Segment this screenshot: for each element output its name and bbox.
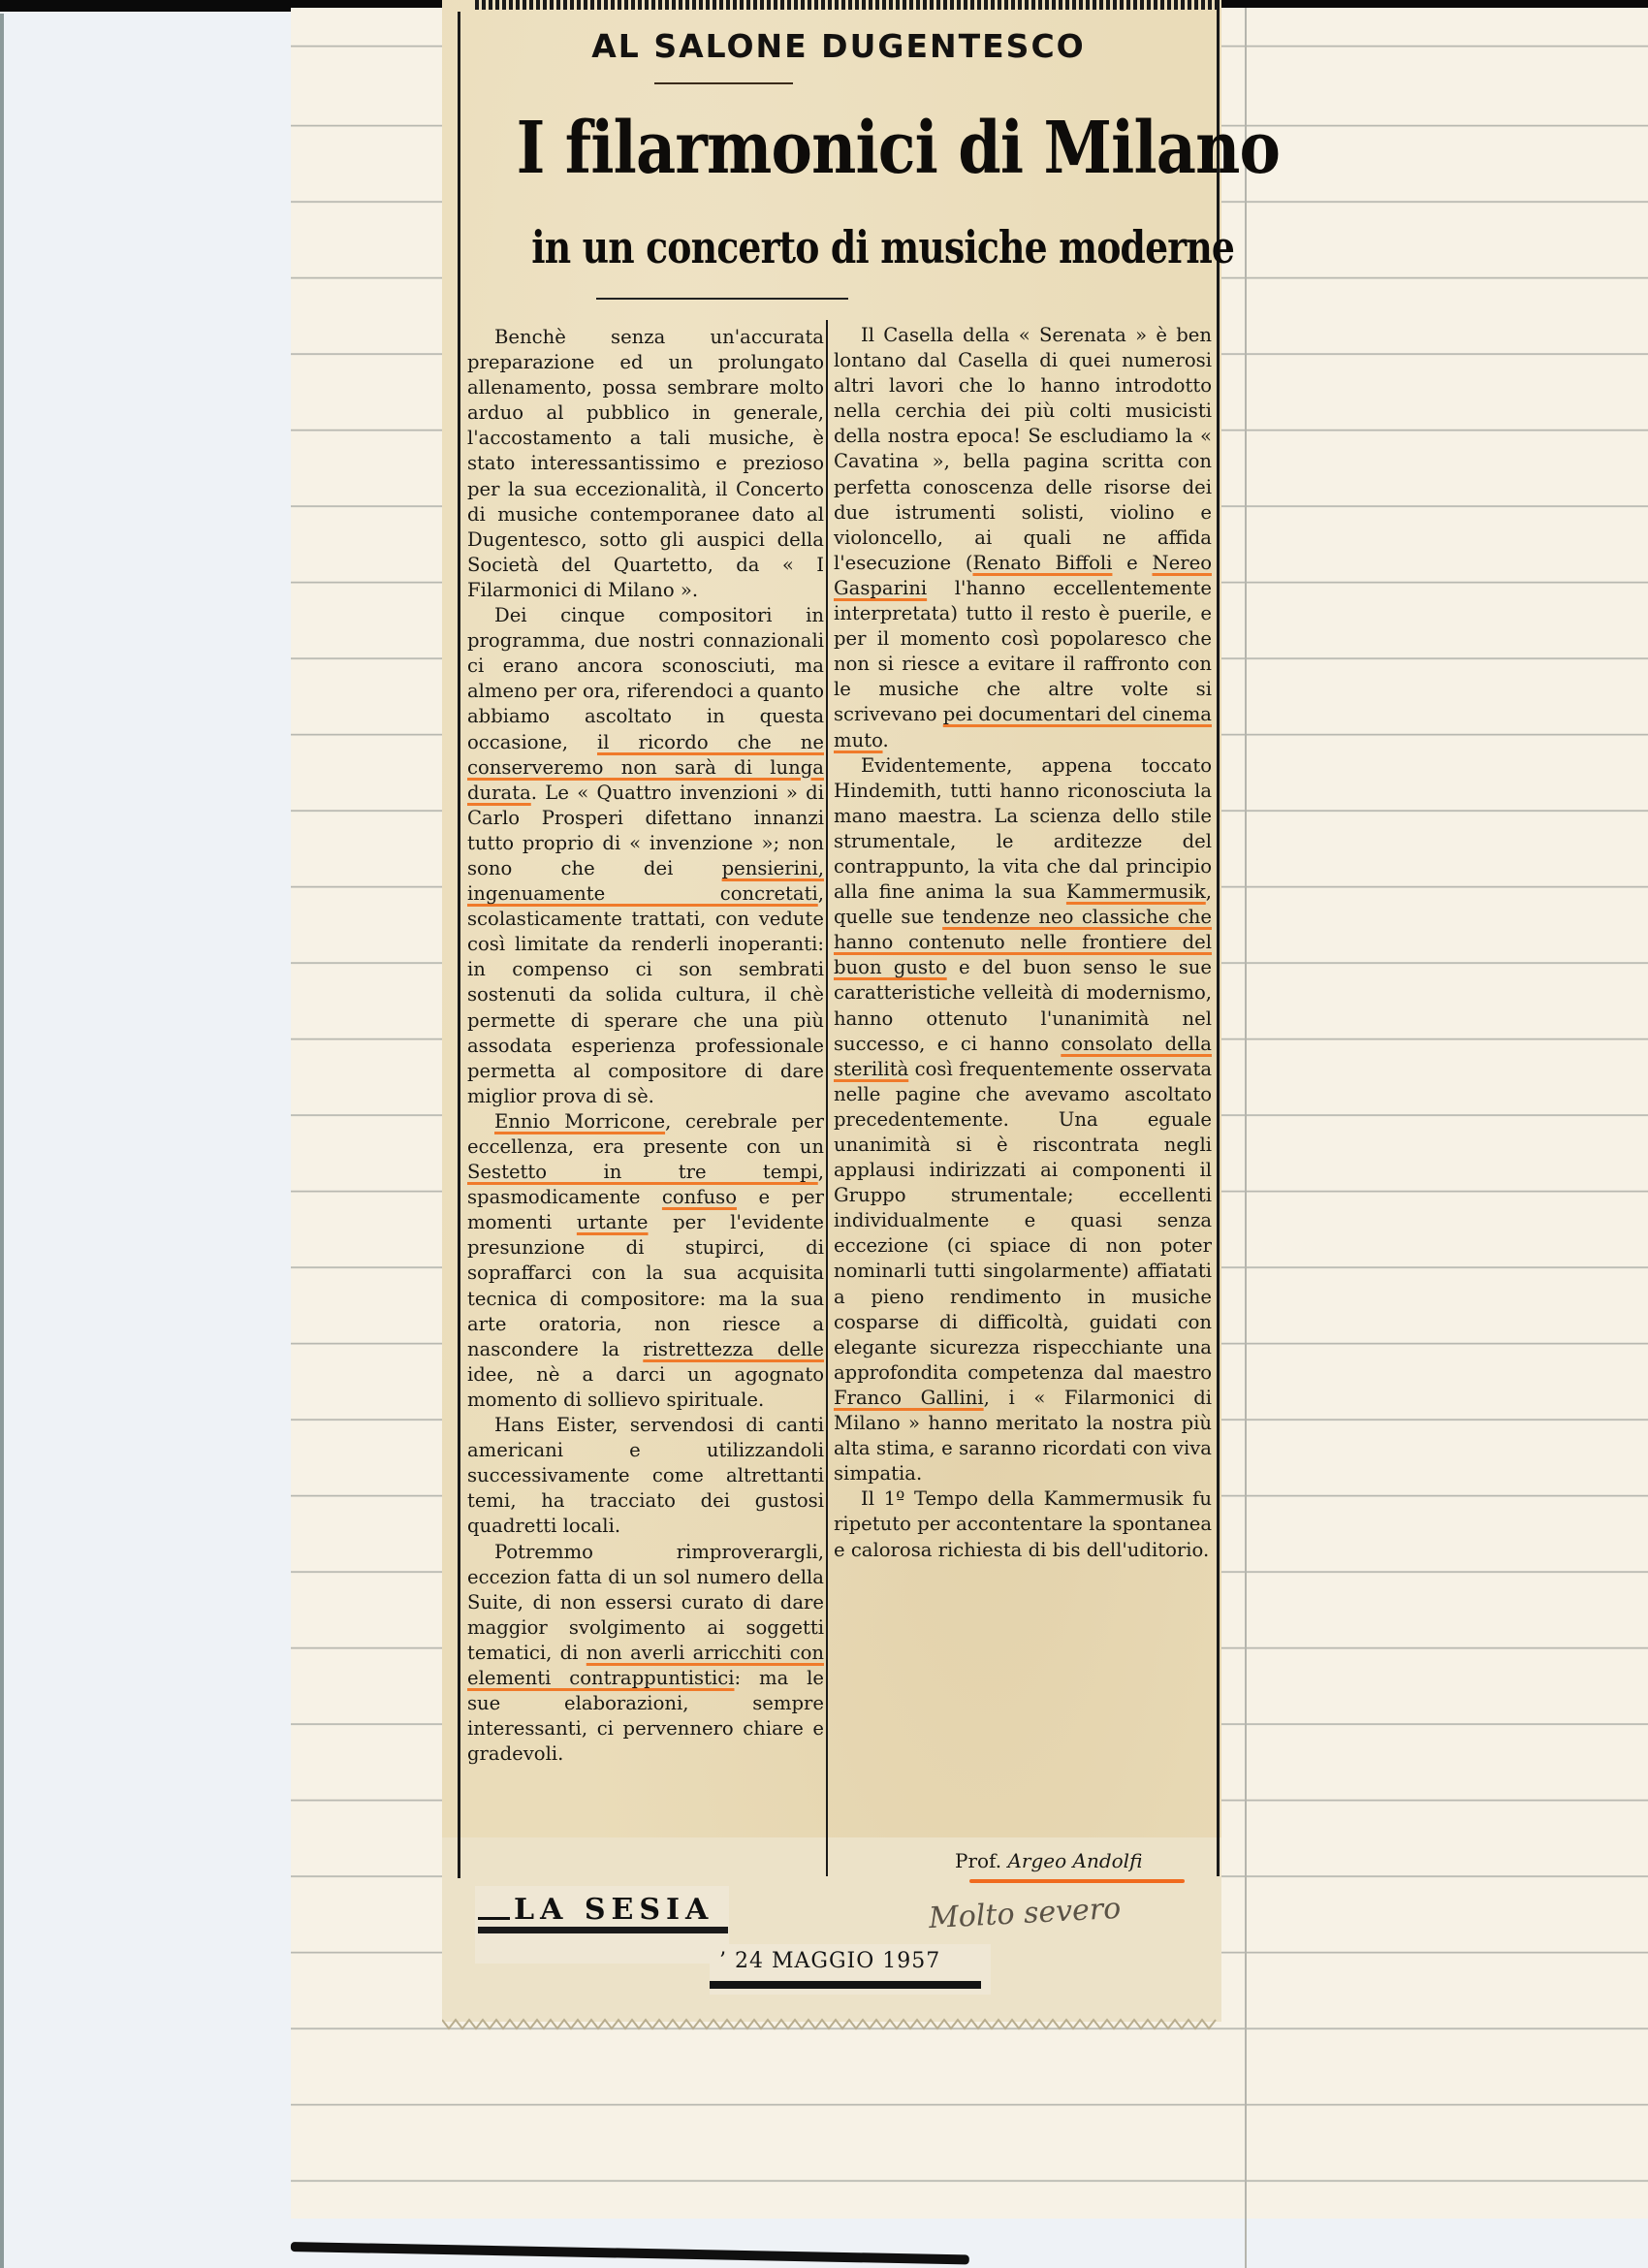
publication-date-text: 24 MAGGIO 1957	[735, 1949, 940, 1973]
highlighted-phrase: Ennio Morricone	[494, 1110, 665, 1133]
article-paragraph: Benchè senza un'accurata preparazione ed…	[467, 325, 824, 603]
article-paragraph: Potremmo rimproverargli, eccezion fatta …	[467, 1540, 824, 1768]
article-paragraph: Evidentemente, appena toccato Hindemith,…	[834, 753, 1212, 1487]
article-paragraph: Dei cinque compositori in programma, due…	[467, 603, 824, 1109]
article-column-right: Il Casella della « Serenata » è ben lont…	[834, 323, 1212, 1563]
paragraph-text: così frequentemente osservata nelle pagi…	[834, 1058, 1212, 1384]
paragraph-text: Il 1º Tempo della Kammermusik fu ripetut…	[834, 1487, 1212, 1560]
article-headline: I filarmonici di Milano	[517, 107, 1167, 190]
article-paragraph: Hans Eister, servendosi di canti america…	[467, 1413, 824, 1539]
clipping-torn-edge	[442, 2017, 1221, 2030]
byline-highlight-underline	[969, 1879, 1185, 1883]
article-paragraph: Ennio Morricone, cerebrale per eccellenz…	[467, 1109, 824, 1413]
paragraph-text: .	[883, 729, 889, 751]
highlighted-phrase: Kammermusik	[1066, 880, 1206, 903]
paragraph-text: e	[1112, 552, 1152, 574]
article-paragraph: Il 1º Tempo della Kammermusik fu ripetut…	[834, 1486, 1212, 1562]
page-bottom-shadow	[291, 2242, 969, 2264]
article-byline: Prof. Argeo Andolfi	[955, 1849, 1142, 1872]
scan-left-edge	[0, 14, 4, 2268]
article-paragraph: Il Casella della « Serenata » è ben lont…	[834, 323, 1212, 753]
paragraph-text: Hans Eister, servendosi di canti america…	[467, 1414, 824, 1537]
column-rule-left	[458, 12, 460, 1878]
article-column-left: Benchè senza un'accurata preparazione ed…	[467, 325, 824, 1767]
byline-author: Argeo Andolfi	[1007, 1849, 1142, 1872]
highlighted-phrase: confuso	[662, 1186, 737, 1208]
paragraph-text: , scolasticamente trattati, con vedute c…	[467, 882, 824, 1107]
column-rule-right	[1217, 0, 1220, 1876]
highlighted-phrase: Franco Gallini	[834, 1387, 984, 1409]
kicker-divider	[654, 82, 793, 84]
masthead-dash	[478, 1917, 510, 1920]
paragraph-text: idee, nè a darci un agognato momento di …	[467, 1363, 824, 1411]
highlighted-phrase: urtante	[577, 1211, 649, 1233]
article-kicker: AL SALONE DUGENTESCO	[460, 27, 1217, 65]
highlighted-phrase: ristrettezza delle	[643, 1338, 824, 1360]
paragraph-text: Il Casella della « Serenata » è ben lont…	[834, 324, 1212, 574]
date-rule	[710, 1981, 981, 1989]
highlighted-phrase: Sestetto in tre tempi	[467, 1161, 818, 1183]
column-rule-middle	[826, 320, 828, 1876]
newspaper-name: LA SESIA	[514, 1893, 713, 1927]
publication-date: ’ 24 MAGGIO 1957	[719, 1949, 940, 1973]
clipping-top-border	[475, 0, 1221, 10]
paragraph-text: Benchè senza un'accurata preparazione ed…	[467, 326, 824, 601]
article-subheadline: in un concerto di musiche moderne	[531, 221, 1152, 273]
headline-divider	[596, 298, 848, 300]
highlighted-phrase: Renato Biffoli	[972, 552, 1112, 574]
masthead-rule	[478, 1927, 728, 1933]
byline-prefix: Prof.	[955, 1849, 1001, 1872]
notebook-margin-line	[1245, 8, 1247, 2268]
